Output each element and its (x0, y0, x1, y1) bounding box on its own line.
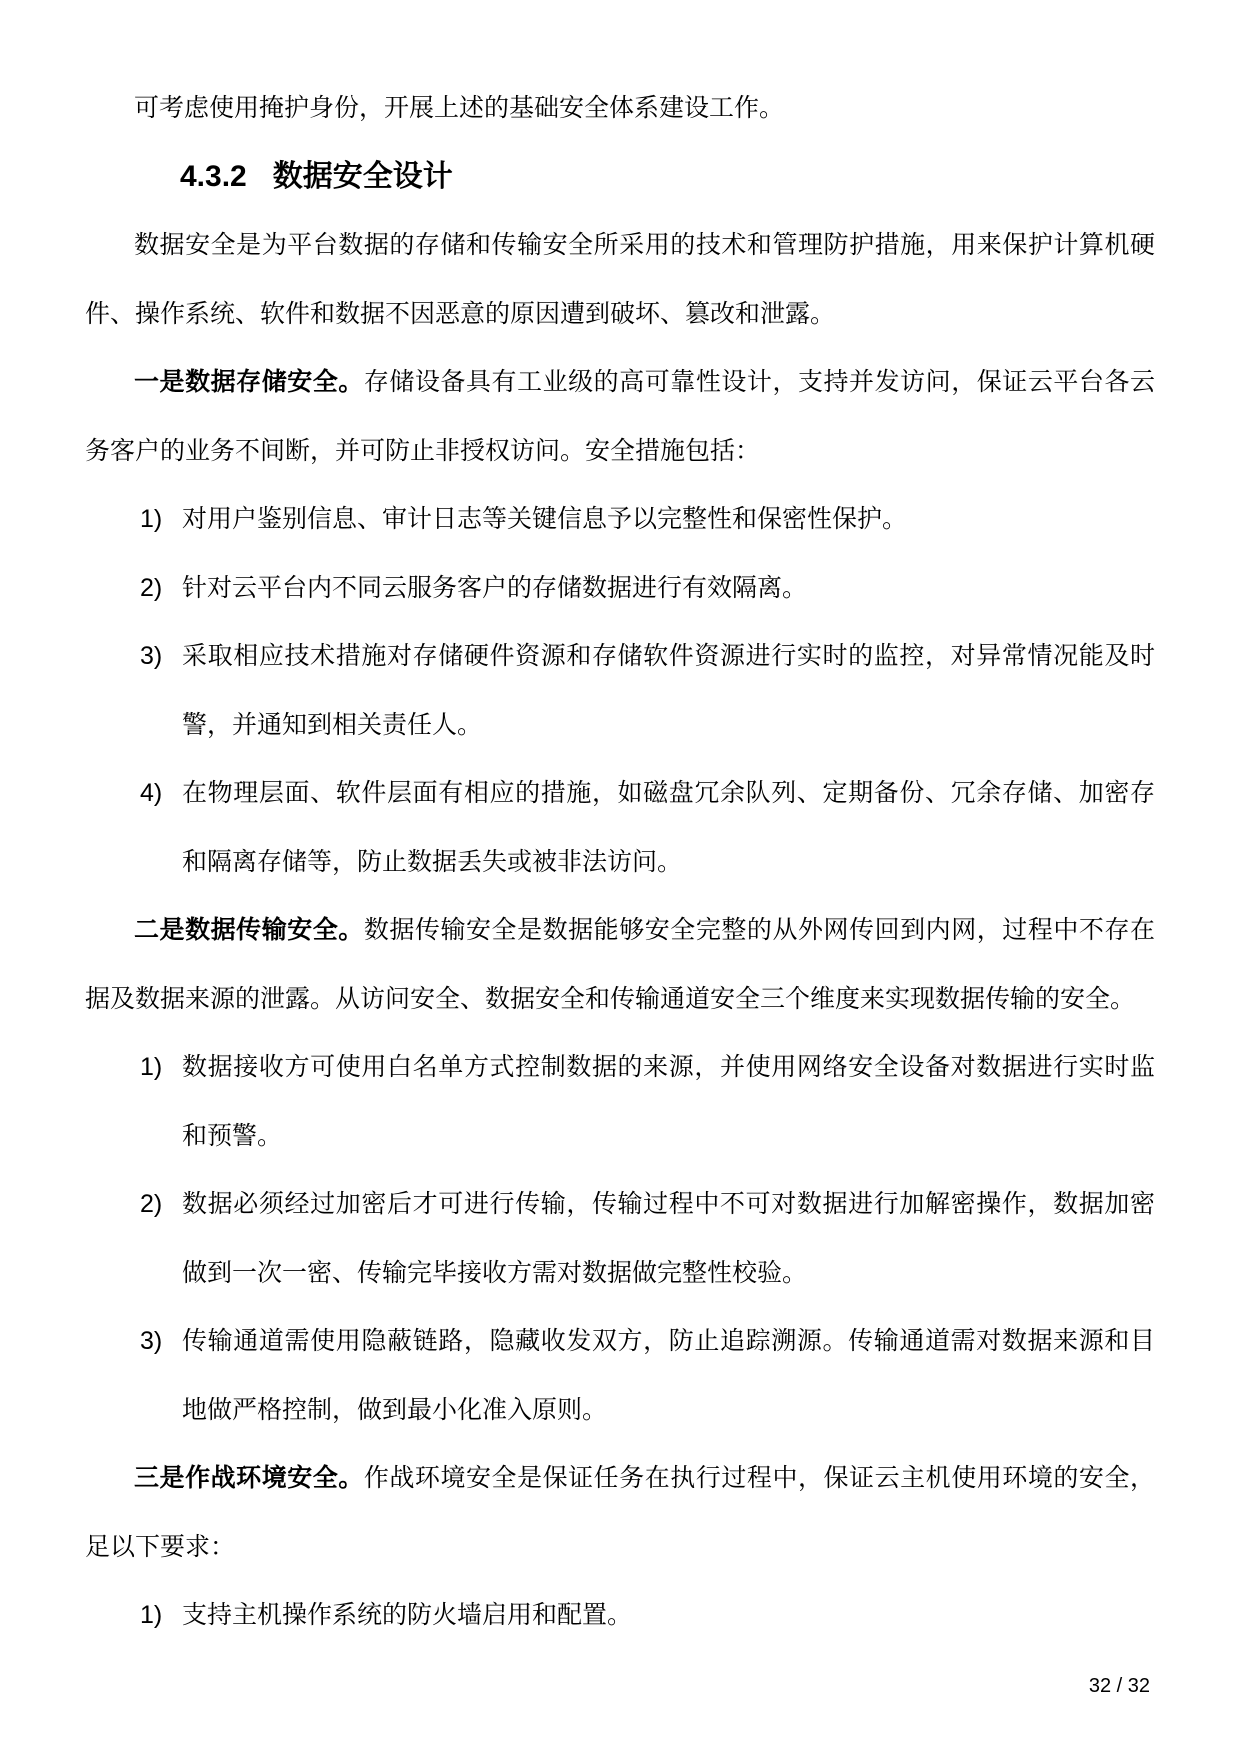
document-page: 可考虑使用掩护身份，开展上述的基础安全体系建设工作。4.3.2数据安全设计数据安… (0, 0, 1240, 1754)
list-item-line: 3)传输通道需使用隐蔽链路，隐藏收发双方，防止追踪溯源。传输通道需对数据来源和目… (85, 1307, 1155, 1376)
list-item-line: 2)针对云平台内不同云服务客户的存储数据进行有效隔离。 (85, 554, 1155, 623)
list-number: 1) (140, 1033, 162, 1102)
list-number: 1) (140, 485, 162, 554)
text-line: 务客户的业务不间断，并可防止非授权访问。安全措施包括： (85, 417, 1155, 486)
list-number: 3) (140, 1307, 162, 1376)
bold-lead: 一是数据存储安全。 (134, 368, 364, 396)
text-line: 地做严格控制，做到最小化准入原则。 (85, 1376, 1155, 1445)
text-line: 件、操作系统、软件和数据不因恶意的原因遭到破坏、篡改和泄露。 (85, 280, 1155, 349)
page-number: 32 / 32 (1089, 1672, 1150, 1700)
text-line: 和隔离存储等，防止数据丢失或被非法访问。 (85, 828, 1155, 897)
list-item-line: 2)数据必须经过加密后才可进行传输，传输过程中不可对数据进行加解密操作，数据加密… (85, 1170, 1155, 1239)
document-content: 可考虑使用掩护身份，开展上述的基础安全体系建设工作。4.3.2数据安全设计数据安… (85, 74, 1155, 1650)
text-line: 三是作战环境安全。作战环境安全是保证任务在执行过程中，保证云主机使用环境的安全，… (85, 1444, 1155, 1513)
text-line: 可考虑使用掩护身份，开展上述的基础安全体系建设工作。 (85, 74, 1155, 143)
list-item-line: 1)对用户鉴别信息、审计日志等关键信息予以完整性和保密性保护。 (85, 485, 1155, 554)
text-line: 据及数据来源的泄露。从访问安全、数据安全和传输通道安全三个维度来实现数据传输的安… (85, 965, 1155, 1034)
text-line: 数据安全是为平台数据的存储和传输安全所采用的技术和管理防护措施，用来保护计算机硬 (85, 211, 1155, 280)
text-line: 二是数据传输安全。数据传输安全是数据能够安全完整的从外网传回到内网，过程中不存在… (85, 896, 1155, 965)
list-number: 4) (140, 759, 162, 828)
list-number: 2) (140, 554, 162, 623)
list-item-line: 1)数据接收方可使用白名单方式控制数据的来源，并使用网络安全设备对数据进行实时监… (85, 1033, 1155, 1102)
bold-lead: 三是作战环境安全。 (134, 1464, 364, 1492)
text-line: 足以下要求： (85, 1513, 1155, 1582)
bold-lead: 二是数据传输安全。 (134, 916, 364, 944)
list-number: 1) (140, 1581, 162, 1650)
list-number: 2) (140, 1170, 162, 1239)
list-number: 3) (140, 622, 162, 691)
text-line: 一是数据存储安全。存储设备具有工业级的高可靠性设计，支持并发访问，保证云平台各云… (85, 348, 1155, 417)
list-item-line: 1)支持主机操作系统的防火墙启用和配置。 (85, 1581, 1155, 1650)
list-item-line: 3)采取相应技术措施对存储硬件资源和存储软件资源进行实时的监控，对异常情况能及时… (85, 622, 1155, 691)
text-line: 警，并通知到相关责任人。 (85, 691, 1155, 760)
heading-title: 数据安全设计 (273, 160, 453, 193)
heading-number: 4.3.2 (180, 160, 247, 193)
section-heading: 4.3.2数据安全设计 (85, 143, 1155, 212)
list-item-line: 4)在物理层面、软件层面有相应的措施，如磁盘冗余队列、定期备份、冗余存储、加密存… (85, 759, 1155, 828)
text-line: 和预警。 (85, 1102, 1155, 1171)
text-line: 做到一次一密、传输完毕接收方需对数据做完整性校验。 (85, 1239, 1155, 1308)
